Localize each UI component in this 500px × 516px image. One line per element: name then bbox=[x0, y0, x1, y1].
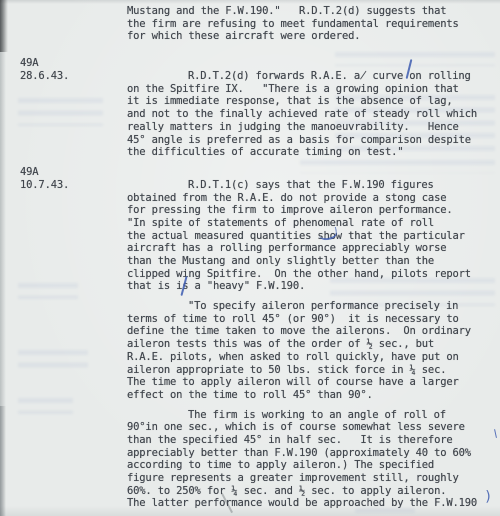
text-line: the actual measured quantities show that… bbox=[127, 230, 500, 243]
paragraph: R.D.T.2(d) forwards R.A.E. a̸ curve on r… bbox=[127, 70, 500, 159]
paragraph: The firm is working to an angle of roll … bbox=[127, 409, 500, 511]
minute-entry: Mustang and the F.W.190." R.D.T.2(d) sug… bbox=[127, 5, 500, 43]
text-line: R.D.T.2(d) forwards R.A.E. a̸ curve on r… bbox=[127, 70, 500, 83]
text-line: terms of time to roll 45° (or 90°) it is… bbox=[127, 313, 500, 326]
paragraph: Mustang and the F.W.190." R.D.T.2(d) sug… bbox=[127, 5, 500, 43]
minute-entry: 49A28.6.43.R.D.T.2(d) forwards R.A.E. a̸… bbox=[127, 70, 500, 159]
text-line: "In spite of statements of phenomenal ra… bbox=[127, 217, 500, 230]
margin-note: 49A28.6.43. bbox=[20, 57, 120, 82]
text-line: 60%. to 250% for ¼ sec. and ½ sec. to ap… bbox=[127, 485, 500, 498]
text-line: appreciably better than F.W.190 (approxi… bbox=[127, 447, 500, 460]
paragraph: R.D.T.1(c) says that the F.W.190 figures… bbox=[127, 179, 500, 293]
text-line: 90°in one sec., which is of course somew… bbox=[127, 421, 500, 434]
text-line: figure represents a greater improvement … bbox=[127, 472, 500, 485]
text-line: and not to the finally achieved rate of … bbox=[127, 108, 500, 121]
text-line: "To specify aileron performance precisel… bbox=[127, 300, 500, 313]
paragraph: "To specify aileron performance precisel… bbox=[127, 300, 500, 402]
text-line: effect on the time to roll 45° than 90°. bbox=[127, 389, 500, 402]
text-line: clipped wing Spitfire. On the other hand… bbox=[127, 268, 500, 281]
text-line: than the specified 45° in half sec. It i… bbox=[127, 434, 500, 447]
text-line: define the time taken to move the ailero… bbox=[127, 325, 500, 338]
text-line: for pressing the firm to improve aileron… bbox=[127, 204, 500, 217]
text-line: R.A.E. pilots, when asked to roll quickl… bbox=[127, 351, 500, 364]
text-line: that is is a "heavy" F.W.190. bbox=[127, 280, 500, 293]
text-line: on the Spitfire IX. "There is a growing … bbox=[127, 83, 500, 96]
minute-entry: 49A10.7.43.R.D.T.1(c) says that the F.W.… bbox=[127, 179, 500, 510]
text-line: aircraft has a rolling performance appre… bbox=[127, 242, 500, 255]
text-line: than the Mustang and only slightly bette… bbox=[127, 255, 500, 268]
text-line: according to time to apply aileron.) The… bbox=[127, 459, 500, 472]
margin-ref: 49A bbox=[20, 166, 120, 179]
text-line: aileron appropriate to 50 lbs. stick for… bbox=[127, 364, 500, 377]
margin-note: 49A10.7.43. bbox=[20, 166, 120, 191]
text-line: The firm is working to an angle of roll … bbox=[127, 409, 500, 422]
text-line: for which these aircraft were ordered. bbox=[127, 30, 500, 43]
margin-ref: 49A bbox=[20, 57, 120, 70]
text-line: the difficulties of accurate timing on t… bbox=[127, 146, 500, 159]
margin-date: 28.6.43. bbox=[20, 70, 120, 83]
margin-date: 10.7.43. bbox=[20, 179, 120, 192]
text-line: 45° angle is preferred as a basis for co… bbox=[127, 134, 500, 147]
text-line: aileron tests this was of the order of ½… bbox=[127, 338, 500, 351]
text-line: R.D.T.1(c) says that the F.W.190 figures bbox=[127, 179, 500, 192]
text-line: really matters in judging the manoeuvrab… bbox=[127, 121, 500, 134]
text-line: The latter performance would be approach… bbox=[127, 497, 500, 510]
text-line: Mustang and the F.W.190." R.D.T.2(d) sug… bbox=[127, 5, 500, 18]
text-line: obtained from the R.A.E. do not provide … bbox=[127, 192, 500, 205]
text-line: The time to apply aileron will of course… bbox=[127, 376, 500, 389]
text-line: the firm are refusing to meet fundamenta… bbox=[127, 18, 500, 31]
text-line: it is immediate response, that is the ab… bbox=[127, 95, 500, 108]
document-body: Mustang and the F.W.190." R.D.T.2(d) sug… bbox=[0, 0, 500, 510]
